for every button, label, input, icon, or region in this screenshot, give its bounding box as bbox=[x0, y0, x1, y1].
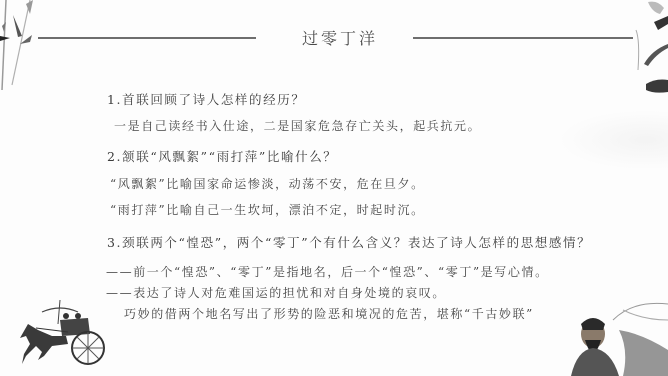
title-rule-left bbox=[38, 37, 256, 39]
horse-chariot-icon bbox=[8, 300, 108, 370]
ink-figure-icon bbox=[608, 0, 668, 100]
question-3: 3.颈联两个“惶恐”，两个“零丁”个有什么含义？表达了诗人怎样的思想感情？ bbox=[107, 233, 591, 251]
answer-2-1: “风飘絮”比喻国家命运惨淡，动荡不安，危在旦夕。 bbox=[110, 175, 425, 192]
question-2: 2.颔联“风飘絮”“雨打萍”比喻什么？ bbox=[107, 147, 337, 165]
slide: 过零丁洋 1.首联回顾了诗人怎样的经历？ 一是自己读经书入仕途，二是国家危急存亡… bbox=[0, 0, 668, 376]
answer-3-2: ——表达了诗人对危难国运的担忧和对自身处境的哀叹。 bbox=[106, 284, 446, 301]
bamboo-icon bbox=[0, 0, 40, 90]
answer-2-2: “雨打萍”比喻自己一生坎坷，漂泊不定，时起时沉。 bbox=[110, 201, 425, 218]
ink-wash-decoration bbox=[558, 110, 668, 170]
answer-1-1: 一是自己读经书入仕途，二是国家危急存亡关头，起兵抗元。 bbox=[114, 117, 481, 134]
page-title: 过零丁洋 bbox=[280, 26, 400, 49]
question-1: 1.首联回顾了诗人怎样的经历？ bbox=[107, 90, 305, 108]
title-rule-right bbox=[413, 37, 633, 39]
scholar-portrait-icon bbox=[553, 290, 668, 376]
answer-3-3: 巧妙的借两个地名写出了形势的险恶和境况的危苦，堪称“千古妙联” bbox=[124, 305, 534, 322]
answer-3-1: ——前一个“惶恐”、“零丁”是指地名，后一个“惶恐”、“零丁”是写心情。 bbox=[106, 263, 549, 280]
